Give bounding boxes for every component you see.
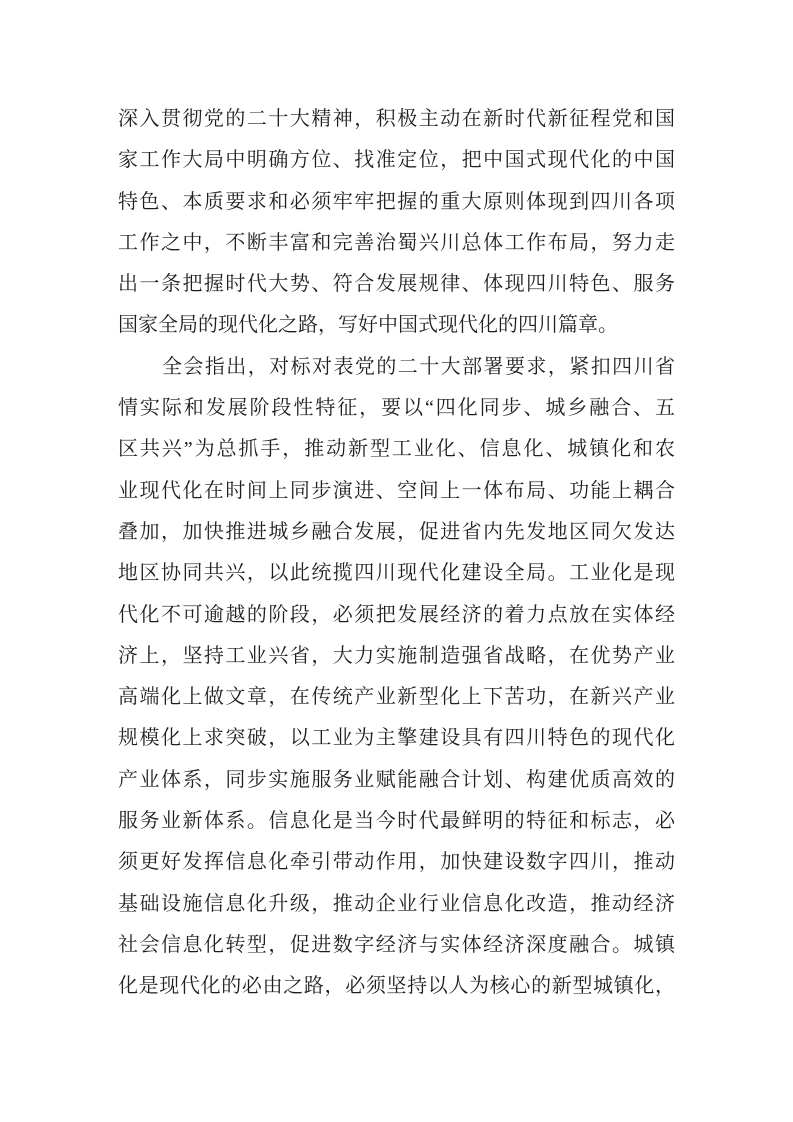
text-line: 家工作大局中明确方位、找准定位，把中国式现代化的中国 — [118, 140, 675, 181]
text-line: 叠加，加快推进城乡融合发展，促进省内先发地区同欠发达 — [118, 512, 675, 553]
text-line: 服务业新体系。信息化是当今时代最鲜明的特征和标志，必 — [118, 801, 675, 842]
text-line: 社会信息化转型，促进数字经济与实体经济深度融合。城镇 — [118, 925, 675, 966]
text-line: 国家全局的现代化之路，写好中国式现代化的四川篇章。 — [118, 305, 675, 346]
text-line: 业现代化在时间上同步演进、空间上一体布局、功能上耦合 — [118, 471, 675, 512]
text-line: 济上，坚持工业兴省，大力实施制造强省战略，在优势产业 — [118, 636, 675, 677]
text-line: 出一条把握时代大势、符合发展规律、体现四川特色、服务 — [118, 264, 675, 305]
text-line: 基础设施信息化升级，推动企业行业信息化改造，推动经济 — [118, 884, 675, 925]
document-page: 深入贯彻党的二十大精神，积极主动在新时代新征程党和国家工作大局中明确方位、找准定… — [0, 0, 793, 1122]
text-line: 产业体系，同步实施服务业赋能融合计划、构建优质高效的 — [118, 760, 675, 801]
text-line: 全会指出，对标对表党的二十大部署要求，紧扣四川省 — [118, 347, 675, 388]
text-line: 规模化上求突破，以工业为主擎建设具有四川特色的现代化 — [118, 718, 675, 759]
text-line: 深入贯彻党的二十大精神，积极主动在新时代新征程党和国 — [118, 99, 675, 140]
text-line: 工作之中，不断丰富和完善治蜀兴川总体工作布局，努力走 — [118, 223, 675, 264]
document-text-block: 深入贯彻党的二十大精神，积极主动在新时代新征程党和国家工作大局中明确方位、找准定… — [118, 99, 675, 1008]
text-line: 须更好发挥信息化牵引带动作用，加快建设数字四川，推动 — [118, 842, 675, 883]
text-line: 特色、本质要求和必须牢牢把握的重大原则体现到四川各项 — [118, 182, 675, 223]
text-line: 代化不可逾越的阶段，必须把发展经济的着力点放在实体经 — [118, 595, 675, 636]
text-line: 地区协同共兴，以此统揽四川现代化建设全局。工业化是现 — [118, 553, 675, 594]
text-line: 高端化上做文章，在传统产业新型化上下苦功，在新兴产业 — [118, 677, 675, 718]
text-line: 化是现代化的必由之路，必须坚持以人为核心的新型城镇化， — [118, 966, 675, 1007]
text-line: 情实际和发展阶段性特征，要以“四化同步、城乡融合、五 — [118, 388, 675, 429]
text-line: 区共兴”为总抓手，推动新型工业化、信息化、城镇化和农 — [118, 429, 675, 470]
